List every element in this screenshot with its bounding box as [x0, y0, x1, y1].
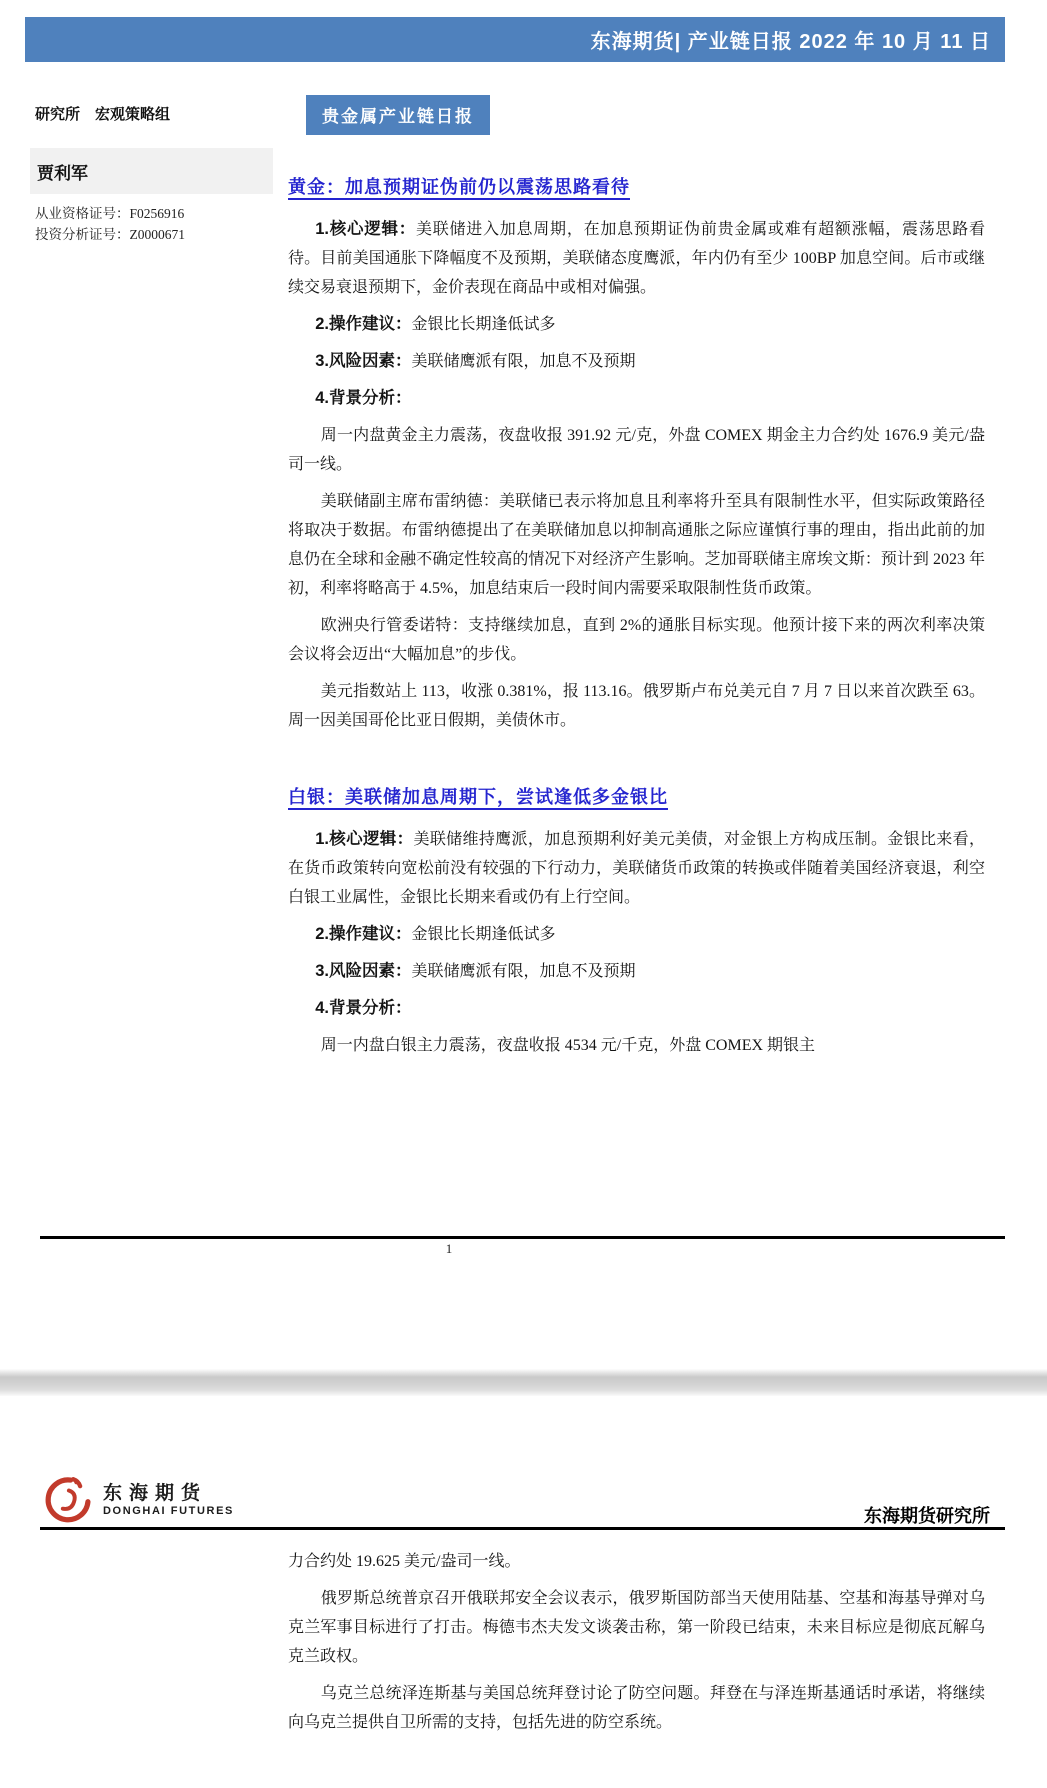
section-heading-gold: 黄金：加息预期证伪前仍以震荡思路看待	[288, 173, 985, 199]
page2-body: 力合约处 19.625 美元/盎司一线。 俄罗斯总统普京召开俄联邦安全会议表示，…	[288, 1541, 985, 1745]
analyst-name: 贾利军	[37, 159, 88, 184]
gold-item-core-logic: 1.核心逻辑：美联储进入加息周期，在加息预期证伪前贵金属或难有超额涨幅，震荡思路…	[288, 215, 985, 302]
section-heading-silver: 白银：美联储加息周期下，尝试逢低多金银比	[288, 783, 985, 809]
item-label: 3.风险因素：	[315, 352, 411, 370]
item-label: 2.操作建议：	[315, 315, 411, 333]
report-badge: 贵金属产业链日报	[306, 95, 490, 135]
analyst-name-box: 贾利军	[30, 148, 273, 194]
page-separator	[0, 1369, 1047, 1396]
practice-cert-number: 从业资格证号：F0256916	[35, 203, 185, 224]
item-label: 2.操作建议：	[315, 925, 411, 943]
donghai-dragon-icon	[42, 1474, 94, 1526]
report-title: 东海期货| 产业链日报 2022 年 10 月 11 日	[591, 25, 991, 54]
item-text: 金银比长期逢低试多	[411, 926, 555, 943]
certificate-numbers: 从业资格证号：F0256916 投资分析证号：Z0000671	[35, 203, 185, 245]
report-title-bar: 东海期货| 产业链日报 2022 年 10 月 11 日	[25, 17, 1005, 62]
gold-paragraph: 周一内盘黄金主力震荡，夜盘收报 391.92 元/克，外盘 COMEX 期金主力…	[288, 421, 985, 479]
page1-footer-rule	[40, 1236, 1005, 1239]
gold-paragraph: 欧洲央行管委诺特：支持继续加息，直到 2%的通胀目标实现。他预计接下来的两次利率…	[288, 611, 985, 669]
analysis-cert-number: 投资分析证号：Z0000671	[35, 224, 185, 245]
report-page-view: 东海期货| 产业链日报 2022 年 10 月 11 日 研究所 宏观策略组 贾…	[0, 0, 1047, 1788]
item-label: 1.核心逻辑：	[315, 220, 416, 238]
research-institute-label: 东海期货研究所	[864, 1502, 990, 1528]
logo-brand-name: 东海期货	[103, 1483, 234, 1505]
report-main-column: 贵金属产业链日报 黄金：加息预期证伪前仍以震荡思路看待 1.核心逻辑：美联储进入…	[288, 95, 985, 1068]
item-label: 4.背景分析：	[315, 389, 411, 407]
company-logo: 东海期货 DONGHAI FUTURES	[42, 1474, 234, 1526]
silver-item-core-logic: 1.核心逻辑：美联储维持鹰派，加息预期利好美元美债，对金银上方构成压制。金银比来…	[288, 825, 985, 912]
silver-paragraph: 周一内盘白银主力震荡，夜盘收报 4534 元/千克，外盘 COMEX 期银主	[288, 1031, 985, 1060]
logo-text-block: 东海期货 DONGHAI FUTURES	[103, 1483, 234, 1518]
silver-item-advice: 2.操作建议：金银比长期逢低试多	[288, 920, 985, 949]
item-text: 金银比长期逢低试多	[411, 316, 555, 333]
analyst-sidebar: 研究所 宏观策略组 贾利军 从业资格证号：F0256916 投资分析证号：Z00…	[35, 103, 265, 124]
page2-paragraph: 俄罗斯总统普京召开俄联邦安全会议表示，俄罗斯国防部当天使用陆基、空基和海基导弹对…	[288, 1584, 985, 1671]
gold-item-risk: 3.风险因素：美联储鹰派有限，加息不及预期	[288, 347, 985, 376]
silver-item-background: 4.背景分析：	[288, 994, 985, 1023]
gold-item-advice: 2.操作建议：金银比长期逢低试多	[288, 310, 985, 339]
department-label: 研究所 宏观策略组	[35, 103, 265, 124]
page2-paragraph: 力合约处 19.625 美元/盎司一线。	[288, 1547, 985, 1576]
page-number: 1	[0, 1241, 898, 1257]
item-label: 4.背景分析：	[315, 999, 411, 1017]
item-label: 1.核心逻辑：	[315, 830, 413, 848]
gold-item-background: 4.背景分析：	[288, 384, 985, 413]
page2-paragraph: 乌克兰总统泽连斯基与美国总统拜登讨论了防空问题。拜登在与泽连斯基通话时承诺，将继…	[288, 1679, 985, 1737]
gold-paragraph: 美元指数站上 113，收涨 0.381%，报 113.16。俄罗斯卢布兑美元自 …	[288, 677, 985, 735]
item-label: 3.风险因素：	[315, 962, 411, 980]
item-text: 美联储鹰派有限，加息不及预期	[411, 353, 635, 370]
logo-brand-subtitle: DONGHAI FUTURES	[103, 1505, 234, 1518]
item-text: 美联储鹰派有限，加息不及预期	[411, 963, 635, 980]
gold-paragraph: 美联储副主席布雷纳德：美联储已表示将加息且利率将升至具有限制性水平，但实际政策路…	[288, 487, 985, 603]
silver-item-risk: 3.风险因素：美联储鹰派有限，加息不及预期	[288, 957, 985, 986]
page2-header-rule	[40, 1527, 1005, 1530]
